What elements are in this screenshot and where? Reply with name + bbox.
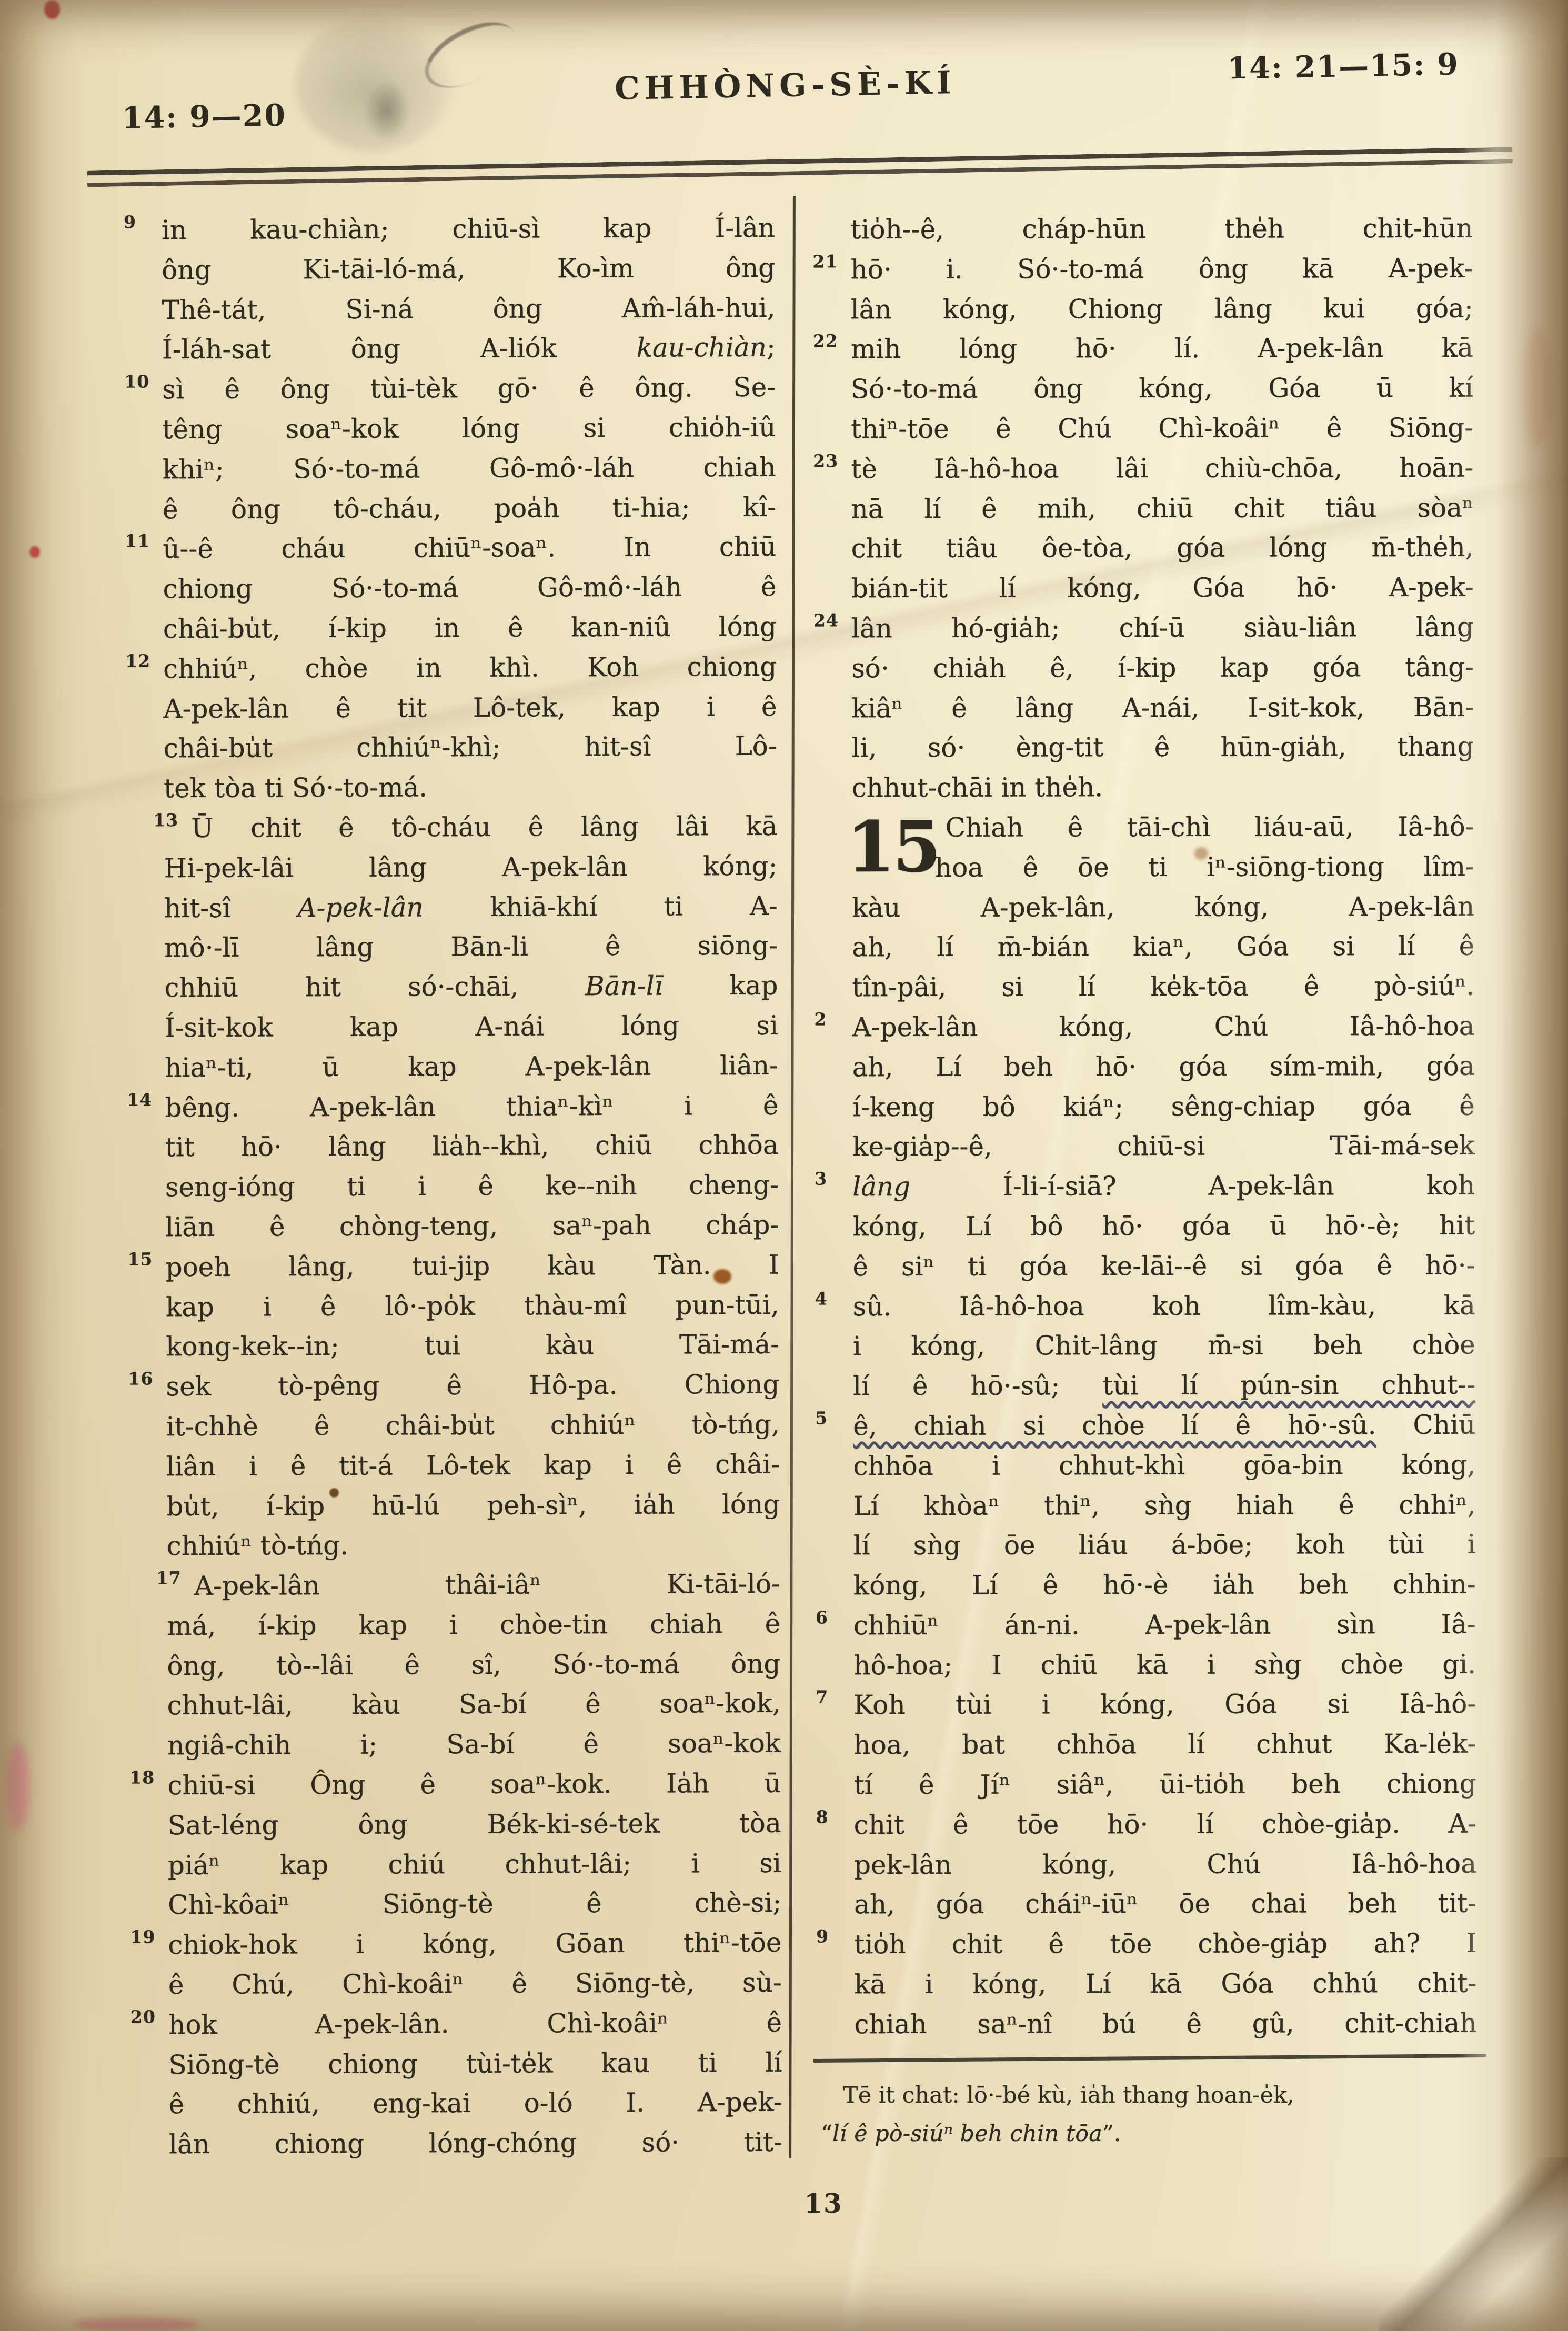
page-number: 13 [792, 2188, 855, 2219]
line-text: hô-hoa; I chiū kā i sǹg chòe gi. [853, 1649, 1476, 1680]
line-text: ông, tò--lâi ê sî, Só·-to-má ông [167, 1648, 780, 1681]
text-line: ngiâ-chih i; Sa-bí ê soaⁿ-kok [167, 1724, 781, 1766]
text-line: 23tè Iâ-hô-hoa lâi chiù-chōa, hoān- [851, 448, 1473, 489]
verse-range-right: 14: 21—15: 9 [1227, 47, 1460, 86]
line-text: liān ê chòng-teng, saⁿ-pah cháp- [165, 1210, 779, 1242]
line-text: lân chiong lóng-chóng só· tit- [169, 2127, 782, 2159]
ink-smudge [295, 16, 453, 153]
line-text: Lí khòaⁿ thiⁿ, sǹg hiah ê chhiⁿ, [853, 1489, 1475, 1521]
text-line: ah, Lí beh hō· góa sím-mih, góa [852, 1046, 1475, 1087]
line-text: kàu A-pek-lân, kóng, A-pek-lân [852, 891, 1474, 922]
verse-number: 10 [124, 373, 156, 390]
line-text: chhiū hit só·-chāi, Bān-lī kap [164, 970, 778, 1003]
line-text: chhōa i chhut-khì gōa-bin kóng, [853, 1449, 1475, 1481]
line-text: Hi-pek-lâi lâng A-pek-lân kóng; [164, 851, 778, 883]
text-line: A-pek-lân ê tit Lô-tek, kap i ê [163, 687, 777, 729]
verse-number: 9 [816, 1928, 848, 1945]
text-line: 22mih lóng hō· lí. A-pek-lân kā [851, 328, 1473, 369]
line-text: pek-lân kóng, Chú Iâ-hô-hoa [854, 1848, 1476, 1880]
column-divider [789, 196, 796, 2158]
line-text: lân kóng, Chiong lâng kui góa; [851, 293, 1473, 324]
book-page-scan: { "header": { "left": "14: 9—20", "title… [0, 0, 1568, 2331]
red-mark-left-edge [29, 546, 40, 558]
text-line: kiâⁿ ê lâng A-nái, I-sit-kok, Bān- [851, 687, 1474, 728]
text-line: tîn-pâi, si lí ke̍k-tōa ê pò-siúⁿ. [852, 967, 1474, 1008]
text-line: chhiū hit só·-chāi, Bān-lī kap [164, 966, 778, 1008]
line-text: tit hō· lâng lia̍h--khì, chiū chhōa [165, 1130, 779, 1162]
text-line: Hi-pek-lâi lâng A-pek-lân kóng; [164, 847, 778, 889]
text-line: chiong Só·-to-má Gô-mô·-láh ê [163, 567, 776, 609]
text-line: 16sek tò-pêng ê Hô-pa. Chiong [166, 1365, 779, 1407]
text-line: chhiúⁿ tò-tńg. [166, 1524, 780, 1566]
footnote: Tē it chat: lō·-bé kù, ia̍h thang hoan-e… [821, 2076, 1486, 2153]
line-text: thiⁿ-tōe ê Chú Chì-koâiⁿ ê Siōng- [851, 413, 1473, 444]
verse-number: 21 [813, 253, 845, 270]
line-text: ê chhiú, eng-kai o-ló I. A-pek- [169, 2087, 782, 2119]
verse-number: 8 [816, 1808, 848, 1825]
line-text: hiaⁿ-ti, ū kap A-pek-lân liân- [165, 1050, 778, 1082]
text-line: lân kóng, Chiong lâng kui góa; [851, 288, 1473, 329]
verse-number: 7 [816, 1689, 847, 1706]
text-line: Só·-to-má ông kóng, Góa ū kí [851, 368, 1473, 409]
line-text: lân hó-gia̍h; chí-ū siàu-liân lâng [851, 612, 1474, 644]
line-text: hō· i. Só·-to-má ông kā A-pek- [851, 253, 1473, 285]
line-text: Chì-kôaiⁿ Siōng-tè ê chè-si; [168, 1887, 781, 1920]
text-line: 18chiū-si Ông ê soaⁿ-kok. Ia̍h ū [167, 1764, 781, 1806]
line-text: kong-kek--in; tui kàu Tāi-má- [166, 1329, 779, 1362]
footnote-line: “lí ê pò-siúⁿ beh chin tōa”. [821, 2115, 1486, 2153]
verse-number: 4 [815, 1290, 847, 1307]
text-line: hoa ê ōe ti iⁿ-siōng-tiong lîm- [852, 847, 1474, 888]
text-line: ê Chú, Chì-koâiⁿ ê Siōng-tè, sù- [168, 1963, 782, 2005]
line-text: kóng, Lí ê hō·-è ia̍h beh chhin- [853, 1569, 1476, 1601]
line-text: Í-sit-kok kap A-nái lóng si [165, 1010, 778, 1043]
line-text: û--ê cháu chiūⁿ-soaⁿ. In chiū [163, 531, 776, 564]
line-text: A-pek-lân kóng, Chú Iâ-hô-hoa [852, 1011, 1475, 1042]
line-text: ông Ki-tāi-ló-má, Ko-ìm ông [162, 253, 775, 285]
verse-number: 5 [815, 1409, 847, 1426]
text-line: 10sì ê ông tùi-tèk gō· ê ông. Se- [162, 368, 776, 410]
text-line: Í-láh-sat ông A-liók kau-chiàn; [162, 328, 776, 370]
line-text: hoa, bat chhōa lí chhut Ka-le̍k- [853, 1729, 1476, 1760]
line-text: ah, lí m̄-bián kiaⁿ, Góa si lí ê [852, 931, 1474, 962]
line-text: chhiūⁿ án-ni. A-pek-lân sìn Iâ- [853, 1609, 1476, 1641]
line-text: mih lóng hō· lí. A-pek-lân kā [851, 333, 1473, 364]
line-text: Siōng-tè chiong tùi-te̍k kau ti lí [168, 2047, 782, 2079]
line-text: nā lí ê mih, chiū chit tiâu sòaⁿ [851, 492, 1473, 524]
text-line: 13Ū chit ê tô-cháu ê lâng lâi kā [164, 807, 777, 849]
line-text: tek tòa ti Só·-to-má. [164, 772, 427, 803]
verse-number: 9 [124, 213, 155, 230]
text-line: kàu A-pek-lân, kóng, A-pek-lân [852, 887, 1474, 928]
line-text: tè Iâ-hô-hoa lâi chiù-chōa, hoān- [851, 453, 1473, 484]
line-text: chiok-hok i kóng, Gōan thiⁿ-tōe [168, 1927, 781, 1960]
text-line: 14bêng. A-pek-lân thiaⁿ-kìⁿ i ê [165, 1086, 778, 1128]
text-line: ông, tò--lâi ê sî, Só·-to-má ông [167, 1644, 780, 1686]
text-line: kong-kek--in; tui kàu Tāi-má- [166, 1325, 779, 1367]
line-text: chit tiâu ôe-tòa, góa lóng m̄-the̍h, [851, 532, 1474, 564]
line-text: í-keng bô kiáⁿ; sêng-chiap góa ê [852, 1090, 1475, 1122]
line-text: chit ê tōe hō· lí chòe-gia̍p. A- [854, 1808, 1476, 1840]
page-corner-curl [1379, 2157, 1568, 2331]
verse-number: 13 [126, 811, 157, 829]
text-line: chiah saⁿ-nî bú ê gû, chit-chiah [854, 2004, 1476, 2045]
text-line: nā lí ê mih, chiū chit tiâu sòaⁿ [851, 488, 1473, 529]
text-line: khiⁿ; Só·-to-má Gô-mô·-láh chiah [163, 448, 776, 490]
line-text: lâng Í-li-í-siā? A-pek-lân koh [852, 1170, 1475, 1202]
line-text: sek tò-pêng ê Hô-pa. Chiong [166, 1369, 779, 1402]
line-text: chhiúⁿ, chòe in khì. Koh chiong [163, 651, 777, 684]
line-text: i kóng, Chit-lâng m̄-si beh chòe [853, 1330, 1475, 1361]
text-line: chit tiâu ôe-tòa, góa lóng m̄-the̍h, [851, 528, 1474, 569]
line-text: hok A-pek-lân. Chì-koâiⁿ ê [168, 2007, 782, 2040]
text-line: 2A-pek-lân kóng, Chú Iâ-hô-hoa [852, 1007, 1475, 1048]
line-text: li, só· èng-tit ê hūn-gia̍h, thang [851, 731, 1474, 763]
line-text: sì ê ông tùi-tèk gō· ê ông. Se- [162, 372, 776, 405]
line-text: ê ông tô-cháu, poa̍h ti-hia; kî- [163, 491, 776, 524]
line-text: ê siⁿ ti góa ke-lāi--ê si góa ê hō·- [852, 1250, 1475, 1281]
line-text: lí ê hō·-sû; tùi lí pún-sin chhut-- [853, 1370, 1475, 1401]
text-line: hô-hoa; I chiū kā i sǹg chòe gi. [853, 1644, 1476, 1685]
line-text: ê Chú, Chì-koâiⁿ ê Siōng-tè, sù- [168, 1967, 782, 2000]
line-text: kā i kóng, Lí kā Góa chhú chit- [854, 1968, 1476, 2000]
line-text: sû. Iâ-hô-hoa koh lîm-kàu, kā [853, 1290, 1475, 1321]
line-text: Ū chit ê tô-cháu ê lâng lâi kā [191, 811, 777, 843]
text-line: 6chhiūⁿ án-ni. A-pek-lân sìn Iâ- [853, 1605, 1476, 1646]
text-line: Siōng-tè chiong tùi-te̍k kau ti lí [168, 2043, 782, 2085]
text-line: ông Ki-tāi-ló-má, Ko-ìm ông [162, 248, 775, 290]
line-text: Chiah ê tāi-chì liáu-aū, Iâ-hô- [946, 811, 1474, 843]
verse-number: 24 [813, 611, 845, 629]
text-line: Í-sit-kok kap A-nái lóng si [165, 1006, 778, 1048]
text-line: liān ê chòng-teng, saⁿ-pah cháp- [165, 1205, 779, 1248]
text-line: 15Chiah ê tāi-chì liáu-aū, Iâ-hô- [852, 807, 1474, 848]
verse-number: 15 [127, 1250, 159, 1268]
line-text: chhut-chāi in the̍h. [852, 772, 1103, 803]
text-line: têng soaⁿ-kok lóng si chio̍h-iû [162, 408, 776, 450]
pink-stain-bottom [74, 2318, 200, 2331]
text-line: 20hok A-pek-lân. Chì-koâiⁿ ê [168, 2003, 782, 2045]
verse-number: 23 [813, 452, 845, 469]
text-line: 21hō· i. Só·-to-má ông kā A-pek- [851, 249, 1473, 290]
line-text: A-pek-lân thâi-iâⁿ Ki-tāi-ló- [194, 1569, 780, 1601]
text-line: ê chhiú, eng-kai o-ló I. A-pek- [169, 2083, 782, 2125]
line-text: chhut-lâi, kàu Sa-bí ê soaⁿ-kok, [167, 1688, 781, 1721]
text-line: chhōa i chhut-khì gōa-bin kóng, [853, 1445, 1475, 1486]
line-text: só· chia̍h ê, í-kip kap góa tâng- [851, 652, 1474, 684]
text-line: chhut-lâi, kàu Sa-bí ê soaⁿ-kok, [167, 1684, 781, 1726]
verse-number: 14 [127, 1091, 158, 1108]
text-line: 4sû. Iâ-hô-hoa koh lîm-kàu, kā [853, 1285, 1475, 1327]
line-text: ah, góa cháiⁿ-iūⁿ ōe chai beh tit- [854, 1888, 1476, 1920]
verse-number: 12 [125, 652, 157, 669]
left-column: 9in kau-chiàn; chiū-sì kap Í-lânông Ki-t… [162, 208, 782, 2165]
text-line: í-keng bô kiáⁿ; sêng-chiap góa ê [852, 1086, 1475, 1127]
text-line: 5ê, chiah si chòe lí ê hō·-sû. Chiū [853, 1405, 1475, 1446]
line-text: chiong Só·-to-má Gô-mô·-láh ê [163, 571, 777, 604]
text-line: hiaⁿ-ti, ū kap A-pek-lân liân- [165, 1046, 778, 1088]
text-line: chhut-chāi in the̍h. [852, 767, 1474, 808]
text-line: 17A-pek-lân thâi-iâⁿ Ki-tāi-ló- [167, 1564, 780, 1606]
line-text: Thê-tát, Si-ná ông Am̂-láh-hui, [162, 292, 775, 325]
text-line: châi-bu̍t chhiúⁿ-khì; hit-sî Lô- [164, 727, 777, 769]
text-line: kap i ê lô·-po̍k thàu-mî pun-tūi, [166, 1285, 779, 1327]
text-line: Thê-tát, Si-ná ông Am̂-láh-hui, [162, 288, 775, 330]
line-text: Í-láh-sat ông A-liók kau-chiàn; [162, 332, 776, 365]
line-text: bián-tit lí kóng, Góa hō· A-pek- [851, 572, 1474, 604]
text-line: kóng, Lí bô hō· góa ū hō·-è; hit [852, 1206, 1475, 1247]
verse-number: 18 [129, 1769, 161, 1786]
text-line: piáⁿ kap chiú chhut-lâi; i si [168, 1843, 781, 1885]
line-text: têng soaⁿ-kok lóng si chio̍h-iû [162, 412, 776, 445]
verse-number: 2 [815, 1010, 846, 1028]
line-text: ngiâ-chih i; Sa-bí ê soaⁿ-kok [167, 1728, 781, 1761]
text-line: ah, góa cháiⁿ-iūⁿ ōe chai beh tit- [854, 1884, 1476, 1925]
line-text: ke-gia̍p--ê, chiū-si Tāi-má-sek [852, 1130, 1475, 1162]
text-line: 8chit ê tōe hō· lí chòe-gia̍p. A- [854, 1804, 1476, 1845]
line-text: Sat-léng ông Bék-ki-sé-tek tòa [168, 1808, 781, 1841]
footnote-rule [813, 2054, 1486, 2063]
text-line: i kóng, Chit-lâng m̄-si beh chòe [853, 1325, 1475, 1367]
book-title: CHHÒNG-SÈ-KÍ [614, 64, 956, 107]
text-line: tí ê Jíⁿ siâⁿ, ūi-tio̍h beh chiong [854, 1764, 1476, 1805]
text-line: 7Koh tùi i kóng, Góa si Iâ-hô- [853, 1684, 1476, 1725]
text-line: bián-tit lí kóng, Góa hō· A-pek- [851, 568, 1474, 609]
pink-stain-right [1523, 326, 1552, 447]
text-line: Sat-léng ông Bék-ki-sé-tek tòa [168, 1804, 781, 1846]
verse-number: 16 [128, 1370, 159, 1387]
line-text: hit-sî A-pek-lân khiā-khí ti A- [164, 890, 778, 923]
text-line: lân chiong lóng-chóng só· tit- [169, 2123, 782, 2165]
running-head: 14: 9—20 CHHÒNG-SÈ-KÍ 14: 21—15: 9 [0, 0, 1567, 14]
line-text: A-pek-lân ê tit Lô-tek, kap i ê [163, 691, 777, 724]
verse-number: 3 [815, 1170, 846, 1187]
right-column: tio̍h--ê, cháp-hūn the̍h chit-hūn21hō· i… [850, 209, 1476, 2045]
line-text: bu̍t, í-kip hū-lú peh-sìⁿ, ia̍h lóng [166, 1489, 780, 1521]
line-text: it-chhè ê châi-bu̍t chhiúⁿ tò-tńg, [166, 1409, 780, 1442]
text-line: mô·-lī lâng Bān-li ê siōng- [164, 926, 778, 968]
line-text: kóng, Lí bô hō· góa ū hō·-è; hit [852, 1210, 1475, 1242]
ink-blob [363, 79, 410, 142]
text-line: tio̍h--ê, cháp-hūn the̍h chit-hūn [850, 209, 1473, 250]
text-line: ê siⁿ ti góa ke-lāi--ê si góa ê hō·- [852, 1245, 1475, 1287]
line-text: kap i ê lô·-po̍k thàu-mî pun-tūi, [166, 1289, 779, 1322]
line-text: in kau-chiàn; chiū-sì kap Í-lân [162, 213, 775, 245]
line-text: ah, Lí beh hō· góa sím-mih, góa [852, 1050, 1475, 1082]
line-text: má, í-kip kap i chòe-tin chiah ê [167, 1609, 780, 1641]
red-mark-top-left [44, 0, 60, 19]
text-line: só· chia̍h ê, í-kip kap góa tâng- [851, 648, 1474, 689]
text-line: 9tio̍h chit ê tōe chòe-gia̍p ah? I [854, 1924, 1476, 1965]
line-text: chhiúⁿ tò-tńg. [167, 1530, 349, 1561]
line-text: chiū-si Ông ê soaⁿ-kok. Ia̍h ū [167, 1768, 781, 1801]
text-line: li, só· èng-tit ê hūn-gia̍h, thang [851, 727, 1474, 768]
text-line: hit-sî A-pek-lân khiā-khí ti A- [164, 886, 778, 928]
text-line: seng-ióng ti i ê ke--nih cheng- [165, 1165, 779, 1208]
line-text: lí sǹg ōe liáu á-bōe; koh tùi i [853, 1529, 1476, 1561]
text-line: pek-lân kóng, Chú Iâ-hô-hoa [854, 1844, 1476, 1885]
line-text: liân i ê tit-á Lô-tek kap i ê châi- [166, 1449, 780, 1481]
line-text: chiah saⁿ-nî bú ê gû, chit-chiah [855, 2008, 1477, 2039]
line-text: tîn-pâi, si lí ke̍k-tōa ê pò-siúⁿ. [852, 971, 1474, 1002]
verse-number: 11 [125, 532, 156, 550]
text-line: Lí khòaⁿ thiⁿ, sǹg hiah ê chhiⁿ, [853, 1485, 1475, 1526]
verse-range-left: 14: 9—20 [122, 97, 286, 136]
text-line: 11û--ê cháu chiūⁿ-soaⁿ. In chiū [163, 527, 776, 569]
verse-number: 22 [813, 333, 845, 350]
text-line: thiⁿ-tōe ê Chú Chì-koâiⁿ ê Siōng- [851, 408, 1473, 449]
text-line: 19chiok-hok i kóng, Gōan thiⁿ-tōe [168, 1923, 781, 1965]
line-text: tio̍h chit ê tōe chòe-gia̍p ah? I [854, 1928, 1476, 1960]
line-text: mô·-lī lâng Bān-li ê siōng- [164, 930, 778, 963]
verse-number: 19 [130, 1928, 162, 1946]
text-line: Chì-kôaiⁿ Siōng-tè ê chè-si; [168, 1883, 781, 1925]
text-line: 9in kau-chiàn; chiū-sì kap Í-lân [162, 208, 775, 250]
pink-stain-left [5, 1742, 29, 1831]
text-line: 3lâng Í-li-í-siā? A-pek-lân koh [852, 1166, 1475, 1207]
line-text: tio̍h--ê, cháp-hūn the̍h chit-hūn [850, 213, 1473, 245]
line-text: châi-bu̍t, í-kip in ê kan-niû lóng [163, 611, 777, 644]
text-line: lí sǹg ōe liáu á-bōe; koh tùi i [853, 1525, 1476, 1566]
text-line: châi-bu̍t, í-kip in ê kan-niû lóng [163, 607, 777, 649]
line-text: seng-ióng ti i ê ke--nih cheng- [165, 1170, 779, 1202]
line-text: piáⁿ kap chiú chhut-lâi; i si [168, 1847, 781, 1880]
line-text: tí ê Jíⁿ siâⁿ, ūi-tio̍h beh chiong [854, 1769, 1476, 1800]
text-line: bu̍t, í-kip hū-lú peh-sìⁿ, ia̍h lóng [166, 1484, 780, 1526]
text-line: 12chhiúⁿ, chòe in khì. Koh chiong [163, 647, 777, 689]
line-text: kiâⁿ ê lâng A-nái, I-sit-kok, Bān- [851, 691, 1474, 723]
text-line: kóng, Lí ê hō·-è ia̍h beh chhin- [853, 1565, 1476, 1606]
line-text: bêng. A-pek-lân thiaⁿ-kìⁿ i ê [165, 1090, 778, 1122]
line-text: châi-bu̍t chhiúⁿ-khì; hit-sî Lô- [164, 731, 777, 763]
verse-number: 17 [129, 1569, 160, 1586]
text-line: tit hō· lâng lia̍h--khì, chiū chhōa [165, 1126, 779, 1168]
line-text: khiⁿ; Só·-to-má Gô-mô·-láh chiah [163, 452, 776, 485]
text-line: it-chhè ê châi-bu̍t chhiúⁿ tò-tńg, [166, 1405, 780, 1447]
text-line: lí ê hō·-sû; tùi lí pún-sin chhut-- [853, 1365, 1475, 1406]
pencil-scribble [415, 9, 526, 101]
text-line: 15poeh lâng, tui-jip kàu Tàn. I [165, 1245, 779, 1287]
text-line: tek tòa ti Só·-to-má. [164, 767, 777, 809]
text-line: liân i ê tit-á Lô-tek kap i ê châi- [166, 1444, 780, 1486]
text-line: kā i kóng, Lí kā Góa chhú chit- [854, 1964, 1476, 2005]
header-rule [87, 147, 1513, 187]
text-line: hoa, bat chhōa lí chhut Ka-le̍k- [853, 1724, 1476, 1765]
line-text: poeh lâng, tui-jip kàu Tàn. I [165, 1249, 779, 1282]
text-line: ah, lí m̄-bián kiaⁿ, Góa si lí ê [852, 927, 1474, 968]
footnote-line: Tē it chat: lō·-bé kù, ia̍h thang hoan-e… [821, 2076, 1486, 2115]
text-line: 24lân hó-gia̍h; chí-ū siàu-liân lâng [851, 608, 1474, 649]
line-text: Koh tùi i kóng, Góa si Iâ-hô- [853, 1689, 1476, 1720]
verse-number: 20 [130, 2008, 162, 2025]
line-text: Só·-to-má ông kóng, Góa ū kí [851, 373, 1473, 404]
verse-number: 6 [816, 1609, 847, 1626]
line-text: hoa ê ōe ti iⁿ-siōng-tiong lîm- [935, 851, 1474, 883]
text-line: ê ông tô-cháu, poa̍h ti-hia; kî- [163, 487, 776, 529]
line-text: ê, chiah si chòe lí ê hō·-sû. Chiū [853, 1410, 1475, 1441]
text-line: má, í-kip kap i chòe-tin chiah ê [167, 1604, 780, 1646]
text-line: ke-gia̍p--ê, chiū-si Tāi-má-sek [852, 1126, 1475, 1167]
